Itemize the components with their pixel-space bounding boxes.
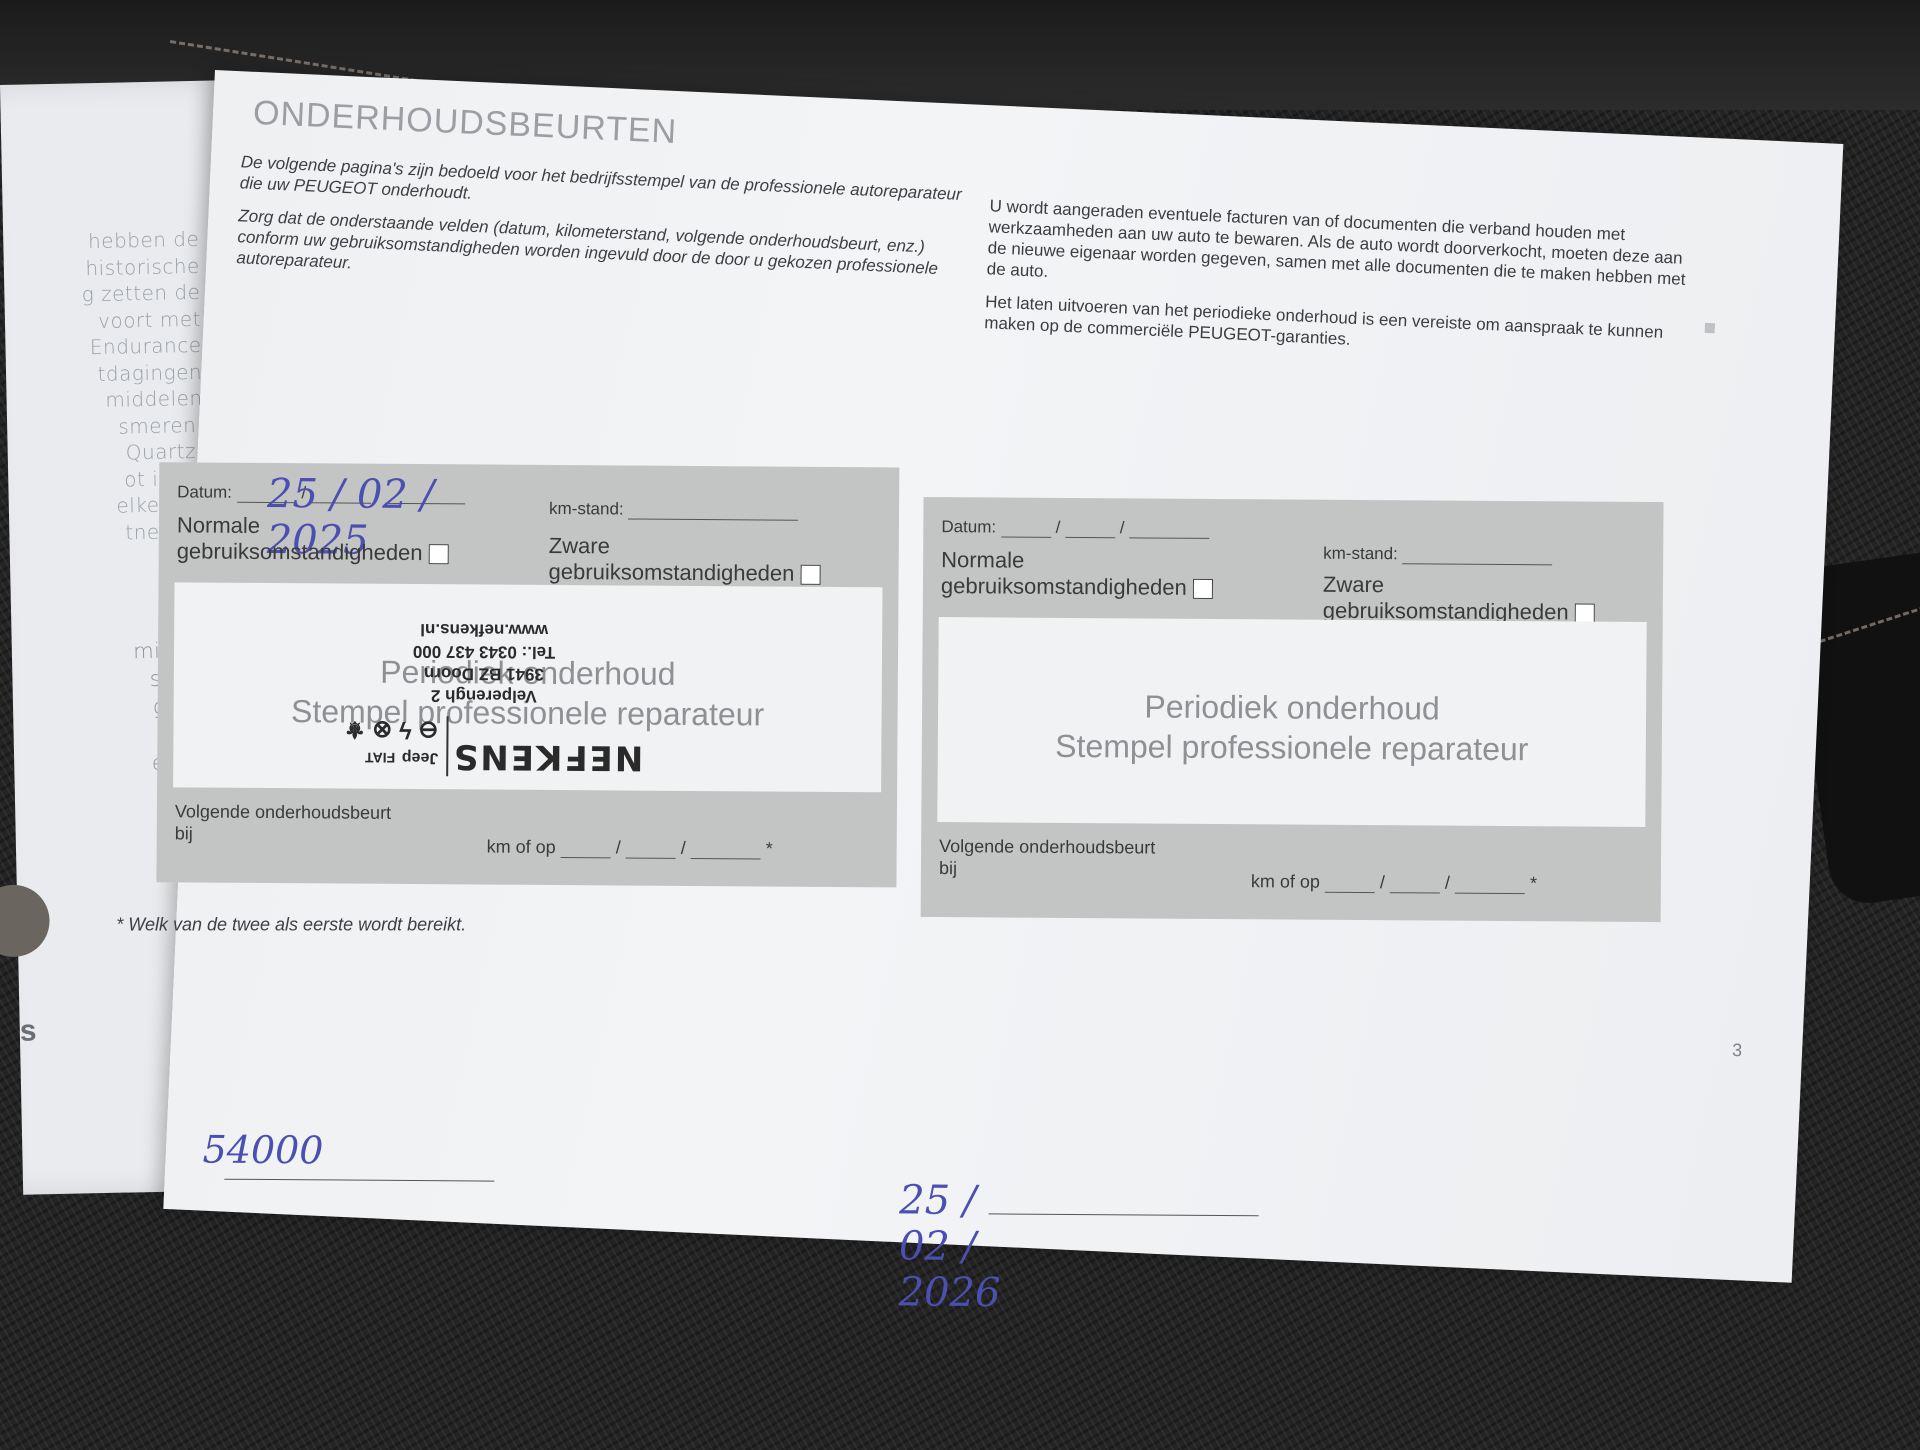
km-stand-label: km-stand: bbox=[549, 499, 624, 519]
text-line: g zetten de bbox=[81, 279, 200, 308]
normal-conditions-checkbox[interactable] bbox=[1193, 579, 1213, 599]
dealer-address: Velperengh 2 3941 BZ Doorn Tel.: 0343 43… bbox=[364, 618, 605, 708]
datum-label: Datum: bbox=[941, 517, 996, 536]
text-line: voort met bbox=[82, 305, 201, 334]
normal-label-2: gebruiksomstandigheden bbox=[177, 538, 423, 565]
next-service-label: Volgende onderhoudsbeurt bbox=[175, 800, 391, 824]
datum-field[interactable]: Datum: / / 25 / 02 / 2025 bbox=[177, 482, 465, 504]
text-line: hebben de bbox=[80, 226, 199, 255]
service-entry-1: Datum: / / 25 / 02 / 2025 km-stand: 2913… bbox=[156, 462, 899, 887]
normal-label: Normale bbox=[941, 547, 1213, 575]
heavy-conditions: Zware gebruiksomstandigheden bbox=[1323, 572, 1595, 626]
footnote: * Welk van de twee als eerste wordt bere… bbox=[116, 914, 466, 935]
km-blank bbox=[1402, 545, 1552, 565]
heavy-conditions-checkbox[interactable] bbox=[800, 565, 820, 585]
km-stand-field[interactable]: km-stand: bbox=[1323, 544, 1553, 566]
text-line: middelen bbox=[84, 385, 203, 414]
heavy-conditions: Zware gebruiksomstandigheden bbox=[549, 533, 821, 587]
km-of-op-label: km of op bbox=[487, 837, 556, 857]
day-blank bbox=[1001, 518, 1051, 537]
month-blank bbox=[1065, 519, 1115, 538]
datum-field[interactable]: Datum: / / bbox=[941, 517, 1209, 539]
next-date-handwritten: 25 / 02 / 2026 bbox=[898, 1177, 1001, 1316]
page-title: ONDERHOUDSBEURTEN bbox=[252, 94, 678, 152]
next-km-handwritten: 54000 bbox=[202, 1139, 323, 1162]
text-line: historische bbox=[81, 252, 200, 281]
text-line: tdagingen bbox=[83, 358, 202, 387]
next-service-field[interactable]: Volgende onderhoudsbeurt bij 54000 bbox=[175, 800, 391, 846]
address-website: www.nefkens.nl bbox=[364, 618, 604, 642]
intro-left: De volgende pagina's zijn bedoeld voor h… bbox=[235, 151, 970, 313]
next-km-blank bbox=[989, 1195, 1259, 1216]
heavy-label: Zware bbox=[549, 533, 821, 561]
next-date-field[interactable]: km of op / / * bbox=[1251, 871, 1537, 894]
maintenance-page: ONDERHOUDSBEURTEN De volgende pagina's z… bbox=[163, 70, 1843, 1283]
bij-label: bij bbox=[939, 858, 957, 878]
asterisk: * bbox=[1530, 873, 1537, 893]
normal-conditions-checkbox[interactable] bbox=[428, 544, 448, 564]
stamp-placeholder-subtitle: Stempel professionele reparateur bbox=[938, 727, 1646, 769]
service-entry-2: Datum: / / km-stand: Normale gebruiksoms… bbox=[921, 497, 1664, 922]
text-line: smeren. bbox=[84, 411, 203, 440]
heading-fragment: s bbox=[19, 1014, 36, 1048]
next-date-field[interactable]: km of op / / * 25 / 02 / 2026 bbox=[487, 837, 773, 860]
stamp-area: Periodiek onderhoud Stempel professionel… bbox=[937, 617, 1646, 827]
next-day-blank bbox=[1325, 874, 1375, 893]
margin-marker bbox=[1705, 323, 1715, 333]
page-number: 3 bbox=[1732, 1040, 1743, 1061]
normal-label: Normale bbox=[177, 512, 449, 540]
next-month-blank bbox=[1390, 874, 1440, 893]
normal-conditions: Normale gebruiksomstandigheden bbox=[941, 547, 1213, 601]
citroen-logo-icon: ⊗ bbox=[372, 716, 392, 743]
intro-paragraph: U wordt aangeraden eventuele facturen va… bbox=[986, 195, 1689, 311]
normal-conditions: Normale gebruiksomstandigheden bbox=[177, 512, 449, 566]
bij-label: bij bbox=[175, 823, 193, 843]
next-year-blank bbox=[1455, 875, 1525, 894]
asterisk: * bbox=[766, 838, 773, 858]
next-service-field[interactable]: Volgende onderhoudsbeurt bij bbox=[939, 835, 1155, 881]
ds-logo-icon: ϟ bbox=[399, 716, 412, 743]
jeep-logo-icon: Jeep bbox=[402, 749, 439, 766]
dealer-name: NEFKENS bbox=[453, 736, 643, 777]
address-street: Velperengh 2 bbox=[364, 684, 604, 708]
normal-label-2: gebruiksomstandigheden bbox=[941, 573, 1187, 600]
next-day-blank bbox=[561, 839, 611, 858]
km-of-op-label: km of op bbox=[1251, 871, 1320, 891]
stamp-divider bbox=[446, 716, 448, 776]
stamp-placeholder-title: Periodiek onderhoud bbox=[938, 687, 1646, 729]
heavy-label: Zware bbox=[1323, 572, 1595, 600]
next-month-blank bbox=[626, 840, 676, 859]
year-blank bbox=[1129, 519, 1209, 539]
next-service-label: Volgende onderhoudsbeurt bbox=[939, 835, 1155, 859]
km-blank bbox=[628, 501, 798, 521]
km-stand-label: km-stand: bbox=[1323, 544, 1398, 564]
address-city: 3941 BZ Doorn bbox=[364, 662, 604, 686]
fiat-logo-icon: FIAT bbox=[365, 750, 395, 766]
heavy-label-2: gebruiksomstandigheden bbox=[549, 559, 795, 586]
text-line: Endurance bbox=[83, 332, 202, 361]
peugeot-logo-icon: ⚜ bbox=[344, 716, 366, 743]
address-phone: Tel.: 0343 437 000 bbox=[364, 640, 604, 664]
stamp-area: Periodiek onderhoud Stempel professionel… bbox=[173, 582, 882, 792]
circle-graphic bbox=[0, 884, 50, 957]
dealer-stamp: NEFKENS Jeep FIAT ⊖ ϟ ⊗ ⚜ Velperengh 2 3… bbox=[323, 605, 644, 777]
intro-right: U wordt aangeraden eventuele facturen va… bbox=[983, 195, 1689, 377]
km-stand-field[interactable]: km-stand: 29138 bbox=[549, 499, 799, 521]
opel-logo-icon: ⊖ bbox=[418, 716, 438, 743]
next-year-blank bbox=[691, 840, 761, 859]
datum-label: Datum: bbox=[177, 482, 232, 501]
brand-logos: Jeep FIAT ⊖ ϟ ⊗ ⚜ bbox=[318, 714, 438, 774]
